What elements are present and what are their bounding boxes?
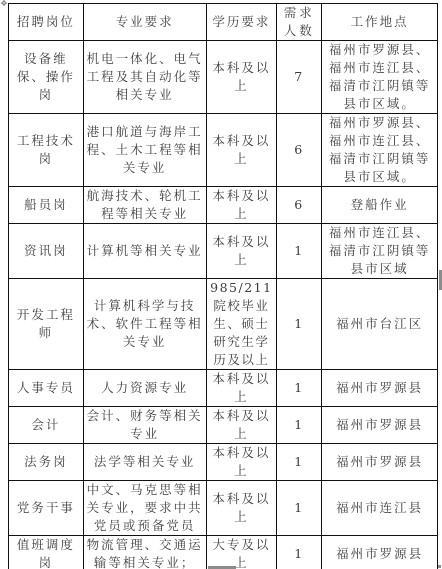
table-row: 党务干事 中文、马克思等相关专业，要求中共党员或预备党员 本科及以上 1 福州市…	[9, 481, 438, 536]
header-count: 需求人数	[277, 4, 322, 41]
table-row: 法务岗 法学等相关专业 本科及以上 1 福州市罗源县	[9, 444, 438, 481]
cell-education: 本科及以上	[206, 114, 276, 187]
cell-education: 本科及以上	[206, 224, 276, 279]
cell-education: 本科及以上	[206, 444, 276, 481]
cell-count: 1	[277, 444, 322, 481]
cell-major: 中文、马克思等相关专业，要求中共党员或预备党员	[83, 481, 206, 536]
table-row: 开发工程师 计算机科学与技术、软件工程等相关专业 985/211院校毕业生、硕士…	[9, 279, 438, 370]
cell-education: 本科及以上	[206, 187, 276, 224]
cell-count: 6	[277, 114, 322, 187]
cell-major: 会计、财务等相关专业	[83, 407, 206, 444]
recruitment-table: 招聘岗位 专业要求 学历要求 需求人数 工作地点 设备维保、操作岗 机电一体化、…	[8, 3, 438, 569]
cell-major: 航海技术、轮机工程等相关专业	[83, 187, 206, 224]
cell-location: 福州市罗源县	[322, 444, 438, 481]
table-row: 人事专员 人力资源专业 本科及以上 1 福州市罗源县	[9, 370, 438, 407]
cell-location: 福州市罗源县、福州市连江县、福清市江阴镇等县市区域。	[322, 41, 438, 114]
header-location: 工作地点	[322, 4, 438, 41]
cell-position: 会计	[9, 407, 84, 444]
cell-major: 法学等相关专业	[83, 444, 206, 481]
cell-count: 1	[277, 407, 322, 444]
cell-location: 登船作业	[322, 187, 438, 224]
cell-count: 1	[277, 481, 322, 536]
cell-location: 福州市罗源县	[322, 536, 438, 569]
header-position: 招聘岗位	[9, 4, 84, 41]
cell-major: 物流管理、交通运输等相关专业；	[83, 536, 206, 569]
cell-major: 机电一体化、电气工程及其自动化等相关专业	[83, 41, 206, 114]
cell-position: 设备维保、操作岗	[9, 41, 84, 114]
cell-location: 福州市罗源县	[322, 370, 438, 407]
cell-major: 港口航道与海岸工程、土木工程等相关专业	[83, 114, 206, 187]
table-row: 工程技术岗 港口航道与海岸工程、土木工程等相关专业 本科及以上 6 福州市罗源县…	[9, 114, 438, 187]
table-header-row: 招聘岗位 专业要求 学历要求 需求人数 工作地点	[9, 4, 438, 41]
cell-position: 党务干事	[9, 481, 84, 536]
cell-major: 计算机科学与技术、软件工程等相关专业	[83, 279, 206, 370]
table-row: 设备维保、操作岗 机电一体化、电气工程及其自动化等相关专业 本科及以上 7 福州…	[9, 41, 438, 114]
cell-education: 本科及以上	[206, 481, 276, 536]
cell-education: 本科及以上	[206, 41, 276, 114]
cell-location: 福州市连江县、福清市江阴镇等县市区域	[322, 224, 438, 279]
cell-education: 本科及以上	[206, 370, 276, 407]
cell-major: 计算机等相关专业	[83, 224, 206, 279]
table-resize-corner-handle[interactable]	[438, 565, 441, 568]
header-education: 学历要求	[206, 4, 276, 41]
cell-position: 人事专员	[9, 370, 84, 407]
cell-count: 1	[277, 224, 322, 279]
table-move-handle-icon[interactable]: ✥	[0, 0, 8, 8]
cell-count: 1	[277, 279, 322, 370]
table-row: 值班调度岗 物流管理、交通运输等相关专业； 大专及以上 1 福州市罗源县	[9, 536, 438, 569]
table-row: 资讯岗 计算机等相关专业 本科及以上 1 福州市连江县、福清市江阴镇等县市区域	[9, 224, 438, 279]
cell-major: 人力资源专业	[83, 370, 206, 407]
cell-count: 7	[277, 41, 322, 114]
cell-location: 福州市台江区	[322, 279, 438, 370]
table-row: 会计 会计、财务等相关专业 本科及以上 1 福州市罗源县	[9, 407, 438, 444]
cell-position: 工程技术岗	[9, 114, 84, 187]
cell-position: 资讯岗	[9, 224, 84, 279]
header-major: 专业要求	[83, 4, 206, 41]
table-row: 船员岗 航海技术、轮机工程等相关专业 本科及以上 6 登船作业	[9, 187, 438, 224]
cell-position: 值班调度岗	[9, 536, 84, 569]
cell-count: 6	[277, 187, 322, 224]
cell-education: 本科及以上	[206, 407, 276, 444]
cell-education: 大专及以上	[206, 536, 276, 569]
cell-location: 福州市连江县	[322, 481, 438, 536]
cell-location: 福州市罗源县、福州市连江县、福清市江阴镇等县市区域。	[322, 114, 438, 187]
cell-count: 1	[277, 536, 322, 569]
cell-position: 法务岗	[9, 444, 84, 481]
cell-education: 985/211院校毕业生、硕士研究生学历及以上	[206, 279, 276, 370]
cell-position: 船员岗	[9, 187, 84, 224]
cell-location: 福州市罗源县	[322, 407, 438, 444]
cell-count: 1	[277, 370, 322, 407]
cell-position: 开发工程师	[9, 279, 84, 370]
